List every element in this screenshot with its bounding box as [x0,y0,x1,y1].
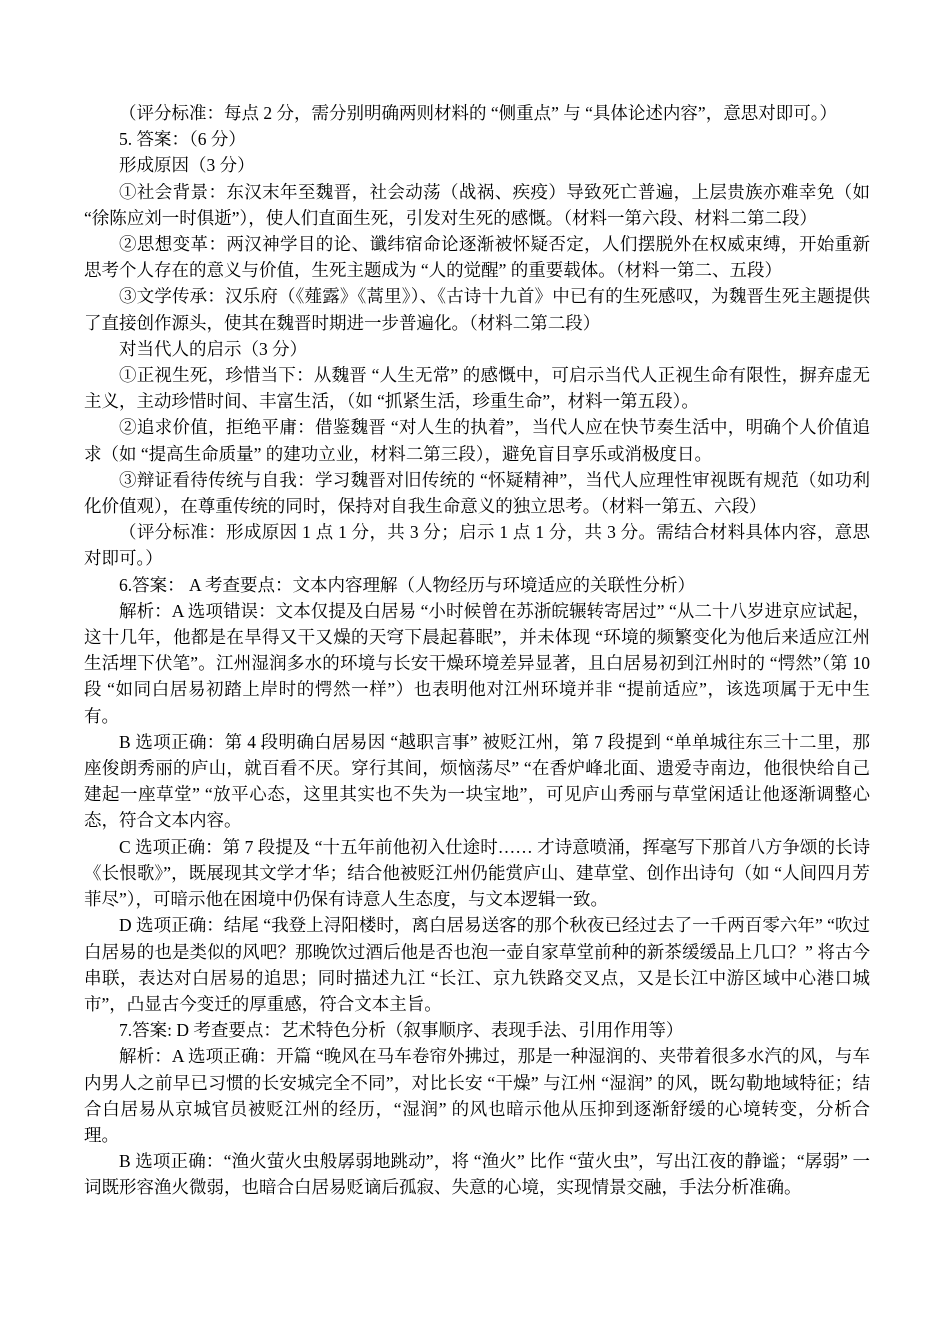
paragraph: ②思想变革：两汉神学目的论、谶纬宿命论逐渐被怀疑否定，人们摆脱外在权威束缚，开始… [84,231,870,283]
paragraph: 6.答案： A 考查要点：文本内容理解（人物经历与环境适应的关联性分析） [84,572,870,598]
paragraph: ③文学传承：汉乐府（《薤露》《蒿里》）、《古诗十九首》中已有的生死感叹，为魏晋生… [84,283,870,335]
document-page: （评分标准：每点 2 分，需分别明确两则材料的 “侧重点” 与 “具体论述内容”… [0,0,950,1344]
paragraph: ①正视生死，珍惜当下：从魏晋 “人生无常” 的感慨中，可启示当代人正视生命有限性… [84,362,870,414]
document-body: （评分标准：每点 2 分，需分别明确两则材料的 “侧重点” 与 “具体论述内容”… [84,100,870,1201]
paragraph: B 选项正确：第 4 段明确白居易因 “越职言事” 被贬江州，第 7 段提到 “… [84,729,870,834]
paragraph: ①社会背景：东汉末年至魏晋，社会动荡（战祸、疾疫）导致死亡普遍，上层贵族亦难幸免… [84,179,870,231]
paragraph: B 选项正确：“渔火萤火虫般孱弱地跳动”，将 “渔火” 比作 “萤火虫”，写出江… [84,1148,870,1200]
paragraph: （评分标准：每点 2 分，需分别明确两则材料的 “侧重点” 与 “具体论述内容”… [84,100,870,126]
paragraph: ②追求价值，拒绝平庸：借鉴魏晋 “对人生的执着”，当代人应在快节奏生活中，明确个… [84,414,870,466]
paragraph: 形成原因（3 分） [84,152,870,178]
paragraph: 7.答案: D 考查要点：艺术特色分析（叙事顺序、表现手法、引用作用等） [84,1017,870,1043]
paragraph: D 选项正确：结尾 “我登上浔阳楼时，离白居易送客的那个秋夜已经过去了一千两百零… [84,912,870,1017]
paragraph: 解析：A 选项错误：文本仅提及白居易 “小时候曾在苏浙皖辗转寄居过” “从二十八… [84,598,870,729]
paragraph: 解析：A 选项正确：开篇 “晚风在马车卷帘外拂过，那是一种湿润的、夹带着很多水汽… [84,1043,870,1148]
paragraph: 5. 答案：（6 分） [84,126,870,152]
paragraph: 对当代人的启示（3 分） [84,336,870,362]
paragraph: （评分标准：形成原因 1 点 1 分，共 3 分；启示 1 点 1 分，共 3 … [84,519,870,571]
paragraph: ③辩证看待传统与自我：学习魏晋对旧传统的 “怀疑精神”，当代人应理性审视既有规范… [84,467,870,519]
paragraph: C 选项正确：第 7 段提及 “十五年前他初入仕途时…… 才诗意喷涌，挥毫写下那… [84,834,870,913]
